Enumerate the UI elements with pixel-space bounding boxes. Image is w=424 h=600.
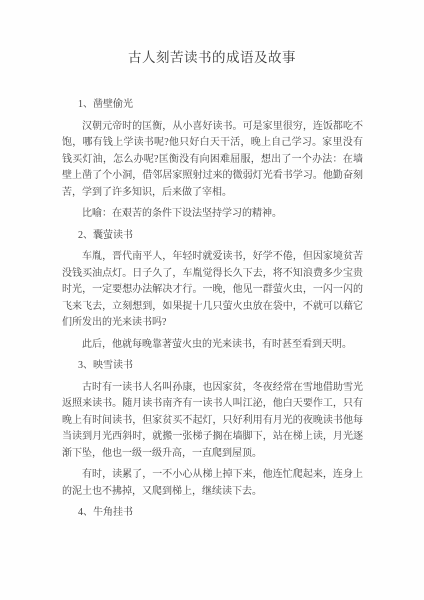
section-heading-2: 2、囊萤读书: [62, 228, 363, 245]
paragraph: 比喻：在艰苦的条件下设法坚持学习的精神。: [62, 206, 363, 223]
paragraph: 古时有一读书人名叫孙康，也因家贫，冬夜经常在雪地借助雪光返照来读书。随月读书南齐…: [62, 380, 363, 463]
paragraph: 汉朝元帝时的匡衡，从小喜好读书。可是家里很穷，连饭都吃不饱，哪有钱上学读书呢?他…: [62, 119, 363, 202]
document-title: 古人刻苦读书的成语及故事: [0, 0, 424, 66]
paragraph: 车胤，晋代南平人，年轻时就爱读书，好学不倦，但因家境贫苦没钱买油点灯。日子久了，…: [62, 249, 363, 332]
document-body: 1、凿壁偷光 汉朝元帝时的匡衡，从小喜好读书。可是家里很穷，连饭都吃不饱，哪有钱…: [62, 97, 363, 522]
section-heading-4: 4、牛角挂书: [62, 505, 363, 522]
document-page: 古人刻苦读书的成语及故事 1、凿壁偷光 汉朝元帝时的匡衡，从小喜好读书。可是家里…: [0, 0, 424, 600]
paragraph: 此后，他就每晚靠著萤火虫的光来读书，有时甚至看到天明。: [62, 337, 363, 354]
paragraph: 有时，读累了，一不小心从梯上掉下来，他连忙爬起来，连身上的泥土也不拂掉，又爬到梯…: [62, 467, 363, 500]
section-heading-3: 3、映雪读书: [62, 358, 363, 375]
section-heading-1: 1、凿壁偷光: [62, 97, 363, 114]
